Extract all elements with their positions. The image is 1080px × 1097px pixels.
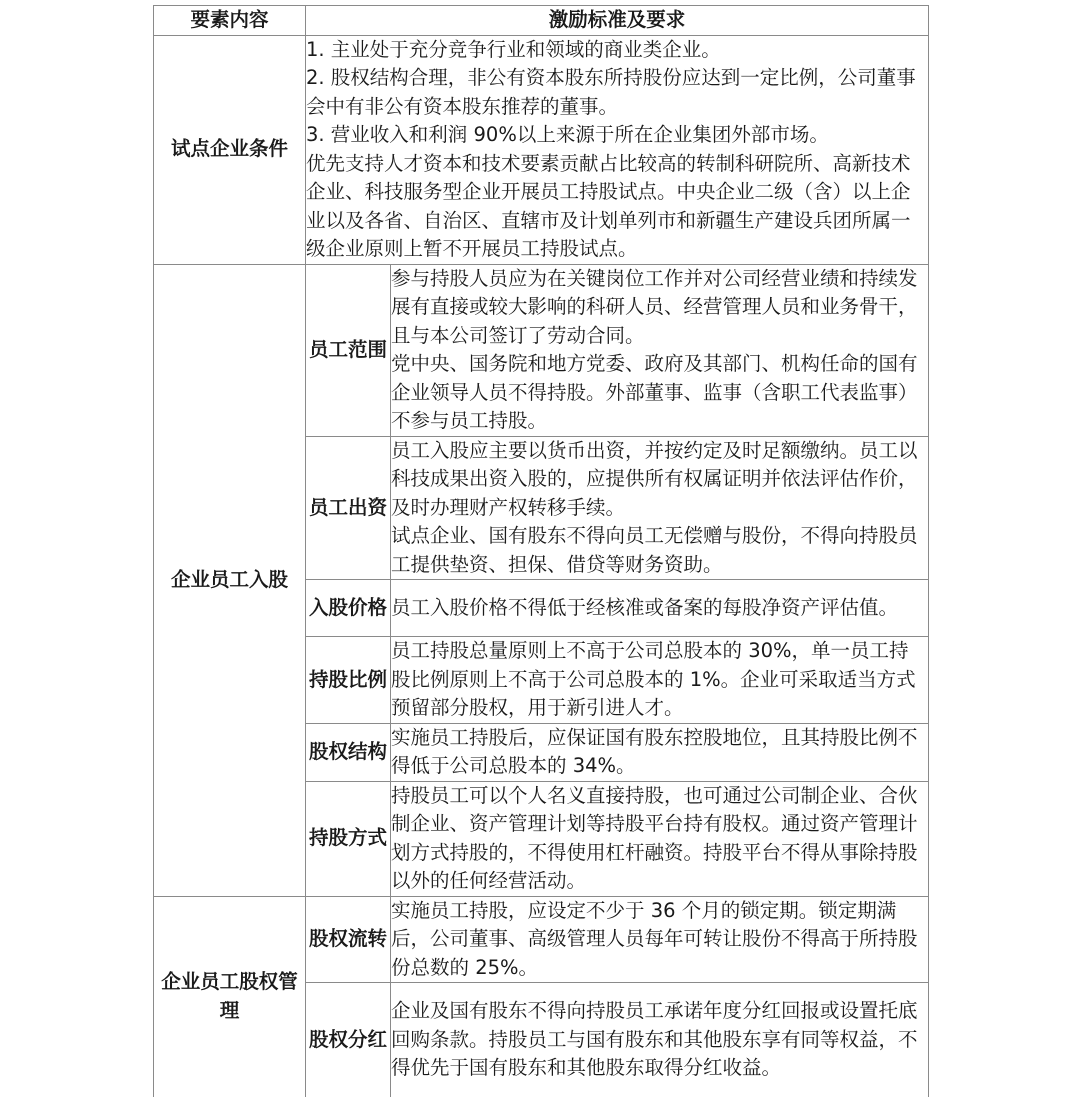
employee-contribution-content: 员工入股应主要以货币出资，并按约定及时足额缴纳。员工以科技成果出资入股的，应提供…	[391, 436, 929, 580]
equity-transfer-content: 实施员工持股，应设定不少于 36 个月的锁定期。锁定期满后，公司董事、高级管理人…	[391, 896, 929, 983]
table-row: 企业员工入股 员工范围 参与持股人员应为在关键岗位工作并对公司经营业绩和持续发展…	[154, 264, 929, 436]
paragraph: 企业及国有股东不得向持股员工承诺年度分红回报或设置托底回购条款。持股员工与国有股…	[391, 997, 928, 1083]
table-row: 试点企业条件 1. 主业处于充分竞争行业和领域的商业类企业。 2. 股权结构合理…	[154, 35, 929, 264]
policy-table: 要素内容 激励标准及要求 试点企业条件 1. 主业处于充分竞争行业和领域的商业类…	[153, 5, 929, 1097]
sub-label-share-price: 入股价格	[306, 580, 391, 637]
sub-label-holding-ratio: 持股比例	[306, 637, 391, 724]
equity-structure-content: 实施员工持股后，应保证国有股东控股地位，且其持股比例不得低于公司总股本的 34%…	[391, 723, 929, 781]
table-row: 企业员工股权管理 股权流转 实施员工持股，应设定不少于 36 个月的锁定期。锁定…	[154, 896, 929, 983]
sub-label-equity-transfer: 股权流转	[306, 896, 391, 983]
category-pilot-conditions: 试点企业条件	[154, 35, 306, 264]
paragraph: 党中央、国务院和地方党委、政府及其部门、机构任命的国有企业领导人员不得持股。外部…	[391, 350, 928, 436]
sub-label-equity-dividend: 股权分红	[306, 983, 391, 1097]
share-price-content: 员工入股价格不得低于经核准或备案的每股净资产评估值。	[391, 580, 929, 637]
equity-dividend-content: 企业及国有股东不得向持股员工承诺年度分红回报或设置托底回购条款。持股员工与国有股…	[391, 983, 929, 1097]
paragraph: 试点企业、国有股东不得向员工无偿赠与股份，不得向持股员工提供垫资、担保、借贷等财…	[391, 522, 928, 579]
paragraph: 员工持股总量原则上不高于公司总股本的 30%，单一员工持股比例原则上不高于公司总…	[391, 637, 928, 723]
paragraph: 2. 股权结构合理，非公有资本股东所持股份应达到一定比例，公司董事会中有非公有资…	[306, 64, 928, 121]
paragraph: 参与持股人员应为在关键岗位工作并对公司经营业绩和持续发展有直接或较大影响的科研人…	[391, 265, 928, 351]
employee-scope-content: 参与持股人员应为在关键岗位工作并对公司经营业绩和持续发展有直接或较大影响的科研人…	[391, 264, 929, 436]
paragraph: 员工入股应主要以货币出资，并按约定及时足额缴纳。员工以科技成果出资入股的，应提供…	[391, 437, 928, 523]
header-criteria: 激励标准及要求	[306, 6, 929, 36]
holding-method-content: 持股员工可以个人名义直接持股，也可通过公司制企业、合伙制企业、资产管理计划等持股…	[391, 781, 929, 896]
sub-label-employee-contribution: 员工出资	[306, 436, 391, 580]
header-row: 要素内容 激励标准及要求	[154, 6, 929, 36]
paragraph: 1. 主业处于充分竞争行业和领域的商业类企业。	[306, 36, 928, 65]
header-element: 要素内容	[154, 6, 306, 36]
paragraph: 实施员工持股，应设定不少于 36 个月的锁定期。锁定期满后，公司董事、高级管理人…	[391, 897, 928, 983]
category-equity-management: 企业员工股权管理	[154, 896, 306, 1097]
paragraph: 优先支持人才资本和技术要素贡献占比较高的转制科研院所、高新技术企业、科技服务型企…	[306, 150, 928, 264]
category-employee-equity-entry: 企业员工入股	[154, 264, 306, 896]
pilot-conditions-content: 1. 主业处于充分竞争行业和领域的商业类企业。 2. 股权结构合理，非公有资本股…	[306, 35, 929, 264]
sub-label-equity-structure: 股权结构	[306, 723, 391, 781]
sub-label-holding-method: 持股方式	[306, 781, 391, 896]
paragraph: 员工入股价格不得低于经核准或备案的每股净资产评估值。	[391, 594, 928, 623]
paragraph: 持股员工可以个人名义直接持股，也可通过公司制企业、合伙制企业、资产管理计划等持股…	[391, 782, 928, 896]
sub-label-employee-scope: 员工范围	[306, 264, 391, 436]
paragraph: 实施员工持股后，应保证国有股东控股地位，且其持股比例不得低于公司总股本的 34%…	[391, 724, 928, 781]
holding-ratio-content: 员工持股总量原则上不高于公司总股本的 30%，单一员工持股比例原则上不高于公司总…	[391, 637, 929, 724]
paragraph: 3. 营业收入和利润 90%以上来源于所在企业集团外部市场。	[306, 121, 928, 150]
